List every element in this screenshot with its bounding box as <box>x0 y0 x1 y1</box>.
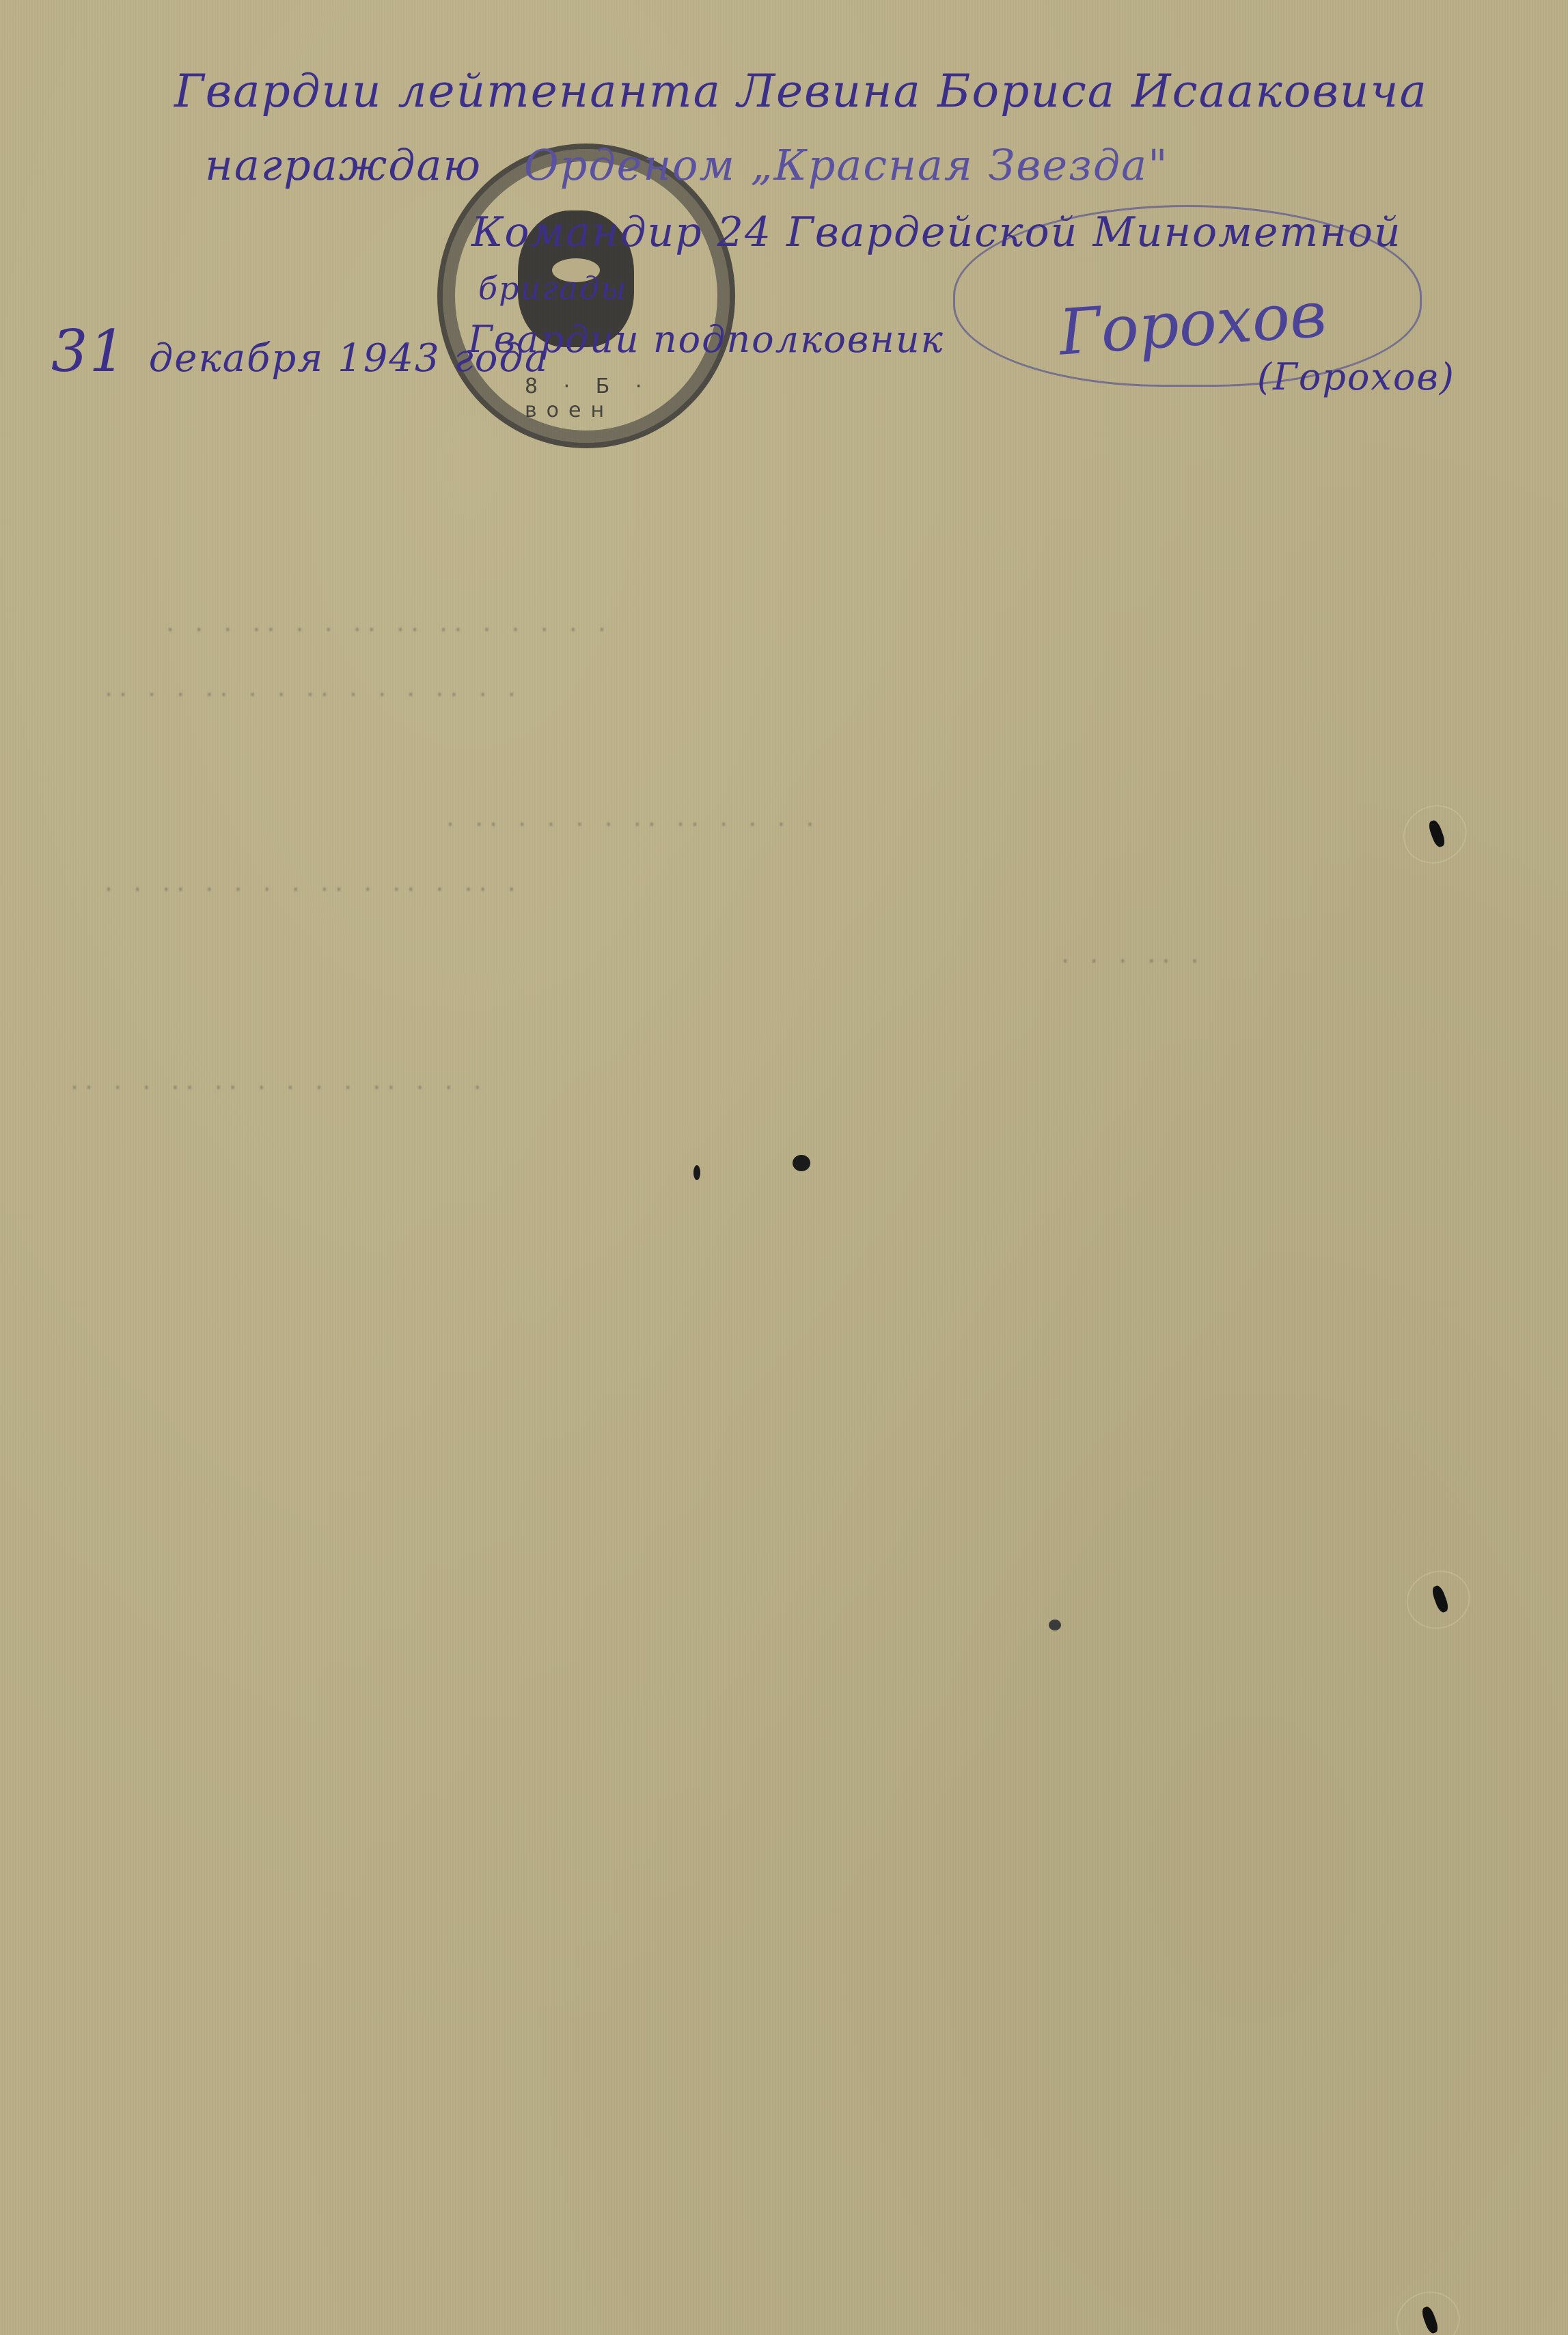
punch-hole-icon <box>1420 2305 1440 2334</box>
punch-hole-icon <box>1431 1584 1450 1613</box>
bleed-through-line: · · · ·· · <box>1059 950 1203 974</box>
award-verb: награждаю <box>205 140 482 190</box>
seal-ring-text: 8 · Б · воен <box>525 374 730 422</box>
bleed-through-line: · · · ·· · · ·· ·· ·· · · · · · <box>164 618 610 642</box>
award-line: награждаю Орденом „Красная Звезда" <box>205 140 1169 190</box>
bleed-through-line: ·· · · ·· ·· · · · · ·· · · · <box>68 1076 486 1100</box>
bleed-through-line: · · ·· · · · · ·· · ·· · ·· · <box>102 878 520 902</box>
commander-rank: Гвардии подполковник <box>468 318 944 361</box>
bleed-through-line: · ·· · · · · ·· ·· · · · · <box>444 813 819 837</box>
date-day: 31 <box>51 318 127 385</box>
signer-name: (Горохов) <box>1257 355 1455 398</box>
award-name: Орденом „Красная Звезда" <box>524 140 1169 190</box>
award-recipient-line: Гвардии лейтенанта Левина Бориса Исааков… <box>174 65 1428 118</box>
ink-spot <box>693 1165 700 1180</box>
bleed-through-line: ·· · · ·· · · ·· · · · ·· · · <box>102 683 520 707</box>
document-page: · · · ·· · · ·· ·· ·· · · · · · ·· · · ·… <box>0 0 1568 2335</box>
commander-title-line: Командир 24 Гвардейской Минометной <box>471 208 1402 256</box>
brigade-line: бригады <box>478 270 627 307</box>
ink-spot <box>793 1155 810 1171</box>
ink-spot <box>1049 1620 1061 1630</box>
punch-hole-icon <box>1427 819 1447 848</box>
